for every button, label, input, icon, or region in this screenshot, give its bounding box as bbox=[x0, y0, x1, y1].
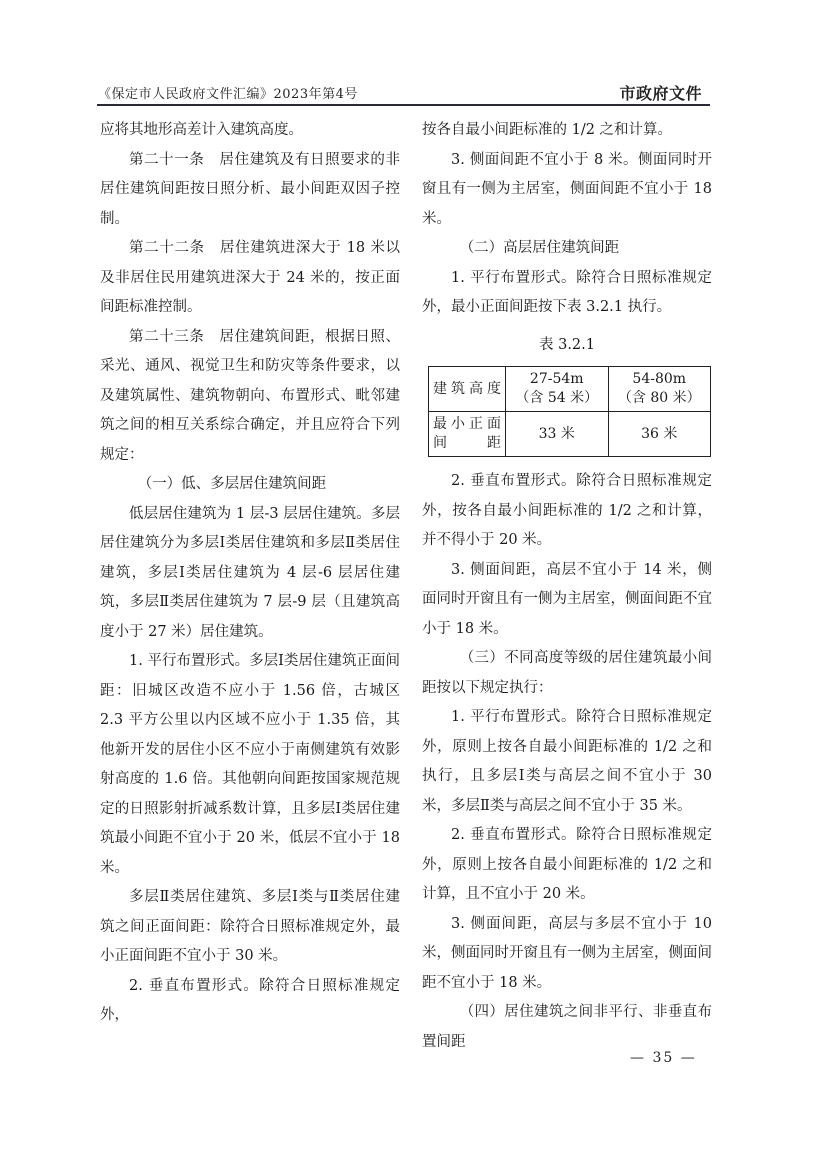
publication-title: 《保定市人民政府文件汇编》2023年第4号 bbox=[98, 83, 358, 102]
section-label: 市政府文件 bbox=[619, 81, 702, 104]
paragraph: 1. 平行布置形式。除符合日照标准规定外，最小正面间距按下表 3.2.1 执行。 bbox=[422, 264, 712, 323]
left-column: 应将其地形高差计入建筑高度。 第二十一条 居住建筑及有日照要求的非居住建筑间距按… bbox=[100, 116, 400, 1031]
paragraph: 应将其地形高差计入建筑高度。 bbox=[100, 116, 400, 146]
article-22: 第二十二条 居住建筑进深大于 18 米以及非居住民用建筑进深大于 24 米的，按… bbox=[100, 234, 400, 323]
paragraph: 按各自最小间距标准的 1/2 之和计算。 bbox=[422, 116, 712, 146]
table-row: 最小正面间 距 33 米 36 米 bbox=[429, 412, 711, 457]
right-column: 按各自最小间距标准的 1/2 之和计算。 3. 侧面间距不宜小于 8 米。侧面同… bbox=[422, 116, 712, 1057]
row-header: 最小正面间 距 bbox=[429, 412, 506, 457]
section-heading-2: （二）高层居住建筑间距 bbox=[422, 234, 712, 264]
paragraph: 2. 垂直布置形式。除符合日照标准规定外，原则上按各自最小间距标准的 1/2 之… bbox=[422, 821, 712, 910]
running-header: 《保定市人民政府文件汇编》2023年第4号 市政府文件 bbox=[98, 80, 710, 104]
article-21: 第二十一条 居住建筑及有日照要求的非居住建筑间距按日照分析、最小间距双因子控制。 bbox=[100, 146, 400, 235]
paragraph: 2. 垂直布置形式。除符合日照标准规定外， bbox=[100, 972, 400, 1031]
section-heading-1: （一）低、多层居住建筑间距 bbox=[100, 470, 400, 500]
section-heading-3: （三）不同高度等级的居住建筑最小间距按以下规定执行： bbox=[422, 644, 712, 703]
table-cell: 27-54m （含 54 米） bbox=[506, 367, 609, 412]
spacing-table: 建筑高度 27-54m （含 54 米） 54-80m （含 80 米） 最小正… bbox=[428, 366, 711, 457]
article-23: 第二十三条 居住建筑间距，根据日照、采光、通风、视觉卫生和防灾等条件要求，以及建… bbox=[100, 323, 400, 471]
paragraph: 3. 侧面间距，高层不宜小于 14 米，侧面同时开窗且有一侧为主居室，侧面间距不… bbox=[422, 556, 712, 645]
table-cell: 36 米 bbox=[608, 412, 711, 457]
section-heading-4: （四）居住建筑之间非平行、非垂直布置间距 bbox=[422, 998, 712, 1057]
paragraph: 1. 平行布置形式。除符合日照标准规定外，原则上按各自最小间距标准的 1/2 之… bbox=[422, 703, 712, 821]
table-cell: 33 米 bbox=[506, 412, 609, 457]
paragraph: 2. 垂直布置形式。除符合日照标准规定外，按各自最小间距标准的 1/2 之和计算… bbox=[422, 467, 712, 556]
table-cell: 54-80m （含 80 米） bbox=[608, 367, 711, 412]
row-header: 建筑高度 bbox=[429, 367, 506, 412]
paragraph: 3. 侧面间距不宜小于 8 米。侧面同时开窗且有一侧为主居室，侧面间距不宜小于 … bbox=[422, 146, 712, 235]
header-divider bbox=[97, 104, 710, 106]
table-row: 建筑高度 27-54m （含 54 米） 54-80m （含 80 米） bbox=[429, 367, 711, 412]
page-number: — 35 — bbox=[630, 1050, 697, 1066]
paragraph: 3. 侧面间距，高层与多层不宜小于 10 米，侧面同时开窗且有一侧为主居室，侧面… bbox=[422, 910, 712, 999]
paragraph: 低层居住建筑为 1 层-3 层居住建筑。多层居住建筑分为多层Ⅰ类居住建筑和多层Ⅱ… bbox=[100, 500, 400, 648]
paragraph: 多层Ⅱ类居住建筑、多层Ⅰ类与Ⅱ类居住建筑之间正面间距：除符合日照标准规定外，最小… bbox=[100, 883, 400, 972]
table-caption: 表 3.2.1 bbox=[422, 331, 712, 361]
paragraph: 1. 平行布置形式。多层Ⅰ类居住建筑正面间距：旧城区改造不应小于 1.56 倍，… bbox=[100, 647, 400, 883]
